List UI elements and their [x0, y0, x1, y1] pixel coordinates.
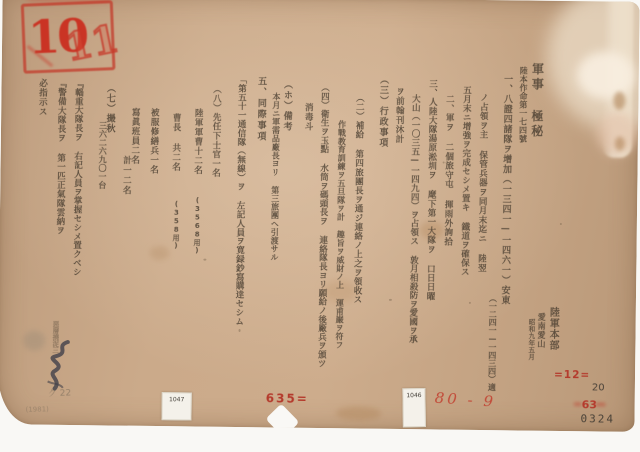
- text-column: 二、軍ヲ 二個旅守屯 揮雨外詢拾: [443, 95, 454, 247]
- archive-label-left-text: 1047: [169, 396, 184, 403]
- ink-smudge: [23, 330, 45, 350]
- speck: [560, 223, 562, 225]
- text-column: 陸軍軍曹十二名: [192, 108, 202, 175]
- text-column: 消毒斗: [303, 103, 312, 132]
- text-column: （二）補給 第四旅團長ヲ通ジ連絡ノ上之ヲ領收ス: [352, 93, 364, 304]
- text-column: 被服修繕兵一名: [148, 108, 158, 175]
- red-smear: [596, 402, 606, 406]
- text-column: 五、同際事項: [255, 76, 265, 142]
- pencil-page-number: 20: [592, 382, 605, 393]
- stain: [149, 246, 169, 260]
- scan-background: { "document": { "description": "aged sca…: [0, 0, 640, 452]
- text-column: 三、人陸大隊湯原淞圳ヲ 麾下第一大隊ヲ 口日日曜: [425, 79, 437, 300]
- stain: [335, 406, 381, 421]
- signature-date: 昭和九年五月: [527, 319, 534, 361]
- text-column: 計一二名: [121, 156, 130, 196]
- text-column: （四）衛生ヲ玉點 水筒ヲ碼頭長ヲ 連絡隊長ヨリ願給ノ後廠兵ヲ頒ツ: [316, 83, 328, 368]
- stamp-number-11: 11: [61, 15, 122, 69]
- order-number: 陸本作命第一七四號: [518, 66, 527, 143]
- text-column: 本月ニ軍需品廠長ヨリ 第三旅團ヘ引渡サル: [269, 92, 280, 261]
- faint-note: (1981): [25, 405, 48, 414]
- text-column: ヲ前翰刊沐計: [394, 87, 404, 144]
- speck: [469, 302, 471, 304]
- speck: [239, 329, 241, 332]
- text-column: 作戰教育訓練ヲ五旦隊ヲ計 趣旨ヲ威財ノ上 運甫巌ヲ符フ: [334, 120, 345, 349]
- paper-tear: [266, 404, 300, 432]
- text-column: （ホ）備考: [281, 80, 291, 133]
- text-column: 『輜重大隊長ヲ 右記人員ヲ掌握セシメ置クベシ: [71, 79, 82, 276]
- text-column: 五月末ニ增強ヲ完成セシメ置キ 鐵道ヲ確保ス: [459, 86, 470, 277]
- torn-edge: [602, 0, 634, 158]
- text-column: 三六二六九〇一台: [97, 121, 106, 189]
- red-bottom-number: 635=: [266, 391, 309, 406]
- archive-label-right-text: 1046: [406, 392, 421, 399]
- number-stamp-box: 10 11: [21, 0, 116, 74]
- text-column: 曹長 共二名: [170, 113, 180, 172]
- archive-number: 0324: [580, 412, 615, 425]
- signature-name: 愛南愛山: [536, 313, 545, 349]
- text-column: 大山（一〇三五—一四九四）ヲ占領ス 敦月相殺防ヲ愛國ヲ承: [407, 94, 419, 343]
- red-page-number: =12=: [554, 369, 590, 381]
- speck: [389, 299, 392, 301]
- classification-header: 軍事 極秘: [530, 63, 544, 140]
- text-column: （一二四一—一四三四）適: [487, 294, 497, 391]
- text-column: ノ占領ヲ主 保管兵器ヲ同月末迄ニ 陸翌: [476, 93, 487, 273]
- document-page: 10 11 =12= 20 63 0324 635= 80 - 9 1047 1…: [0, 0, 640, 432]
- red-handwritten-number: 80 - 9: [434, 389, 496, 411]
- text-column: （三）行政事項: [377, 75, 387, 149]
- pencil-note: ク 22: [48, 385, 72, 399]
- text-column: 一、八證四諸隊ヲ增加（一三四一—一四六一）安東: [499, 74, 511, 305]
- text-column: 必指示ス: [37, 79, 46, 117]
- text-column: （八）先任下士官一名: [210, 85, 220, 178]
- text-column: (3568用): [192, 196, 200, 255]
- archive-label-right: 1046: [402, 388, 426, 427]
- margin-scribble-text: 惡層撓浞三: [51, 321, 58, 354]
- signature-org: 陸軍本部: [546, 307, 557, 351]
- text-column: 『警備大隊長ヲ 第一匹正氣隊雲納ヲ: [55, 79, 66, 235]
- text-column: (358用): [172, 200, 180, 250]
- text-column: 「第五十一通信隊（無線）ヲ 左記人員ヲ寛録鈔寫購逹セシム: [234, 75, 246, 326]
- red-smear: [574, 402, 582, 406]
- archive-label-left: 1047: [161, 392, 191, 420]
- speck: [203, 259, 206, 261]
